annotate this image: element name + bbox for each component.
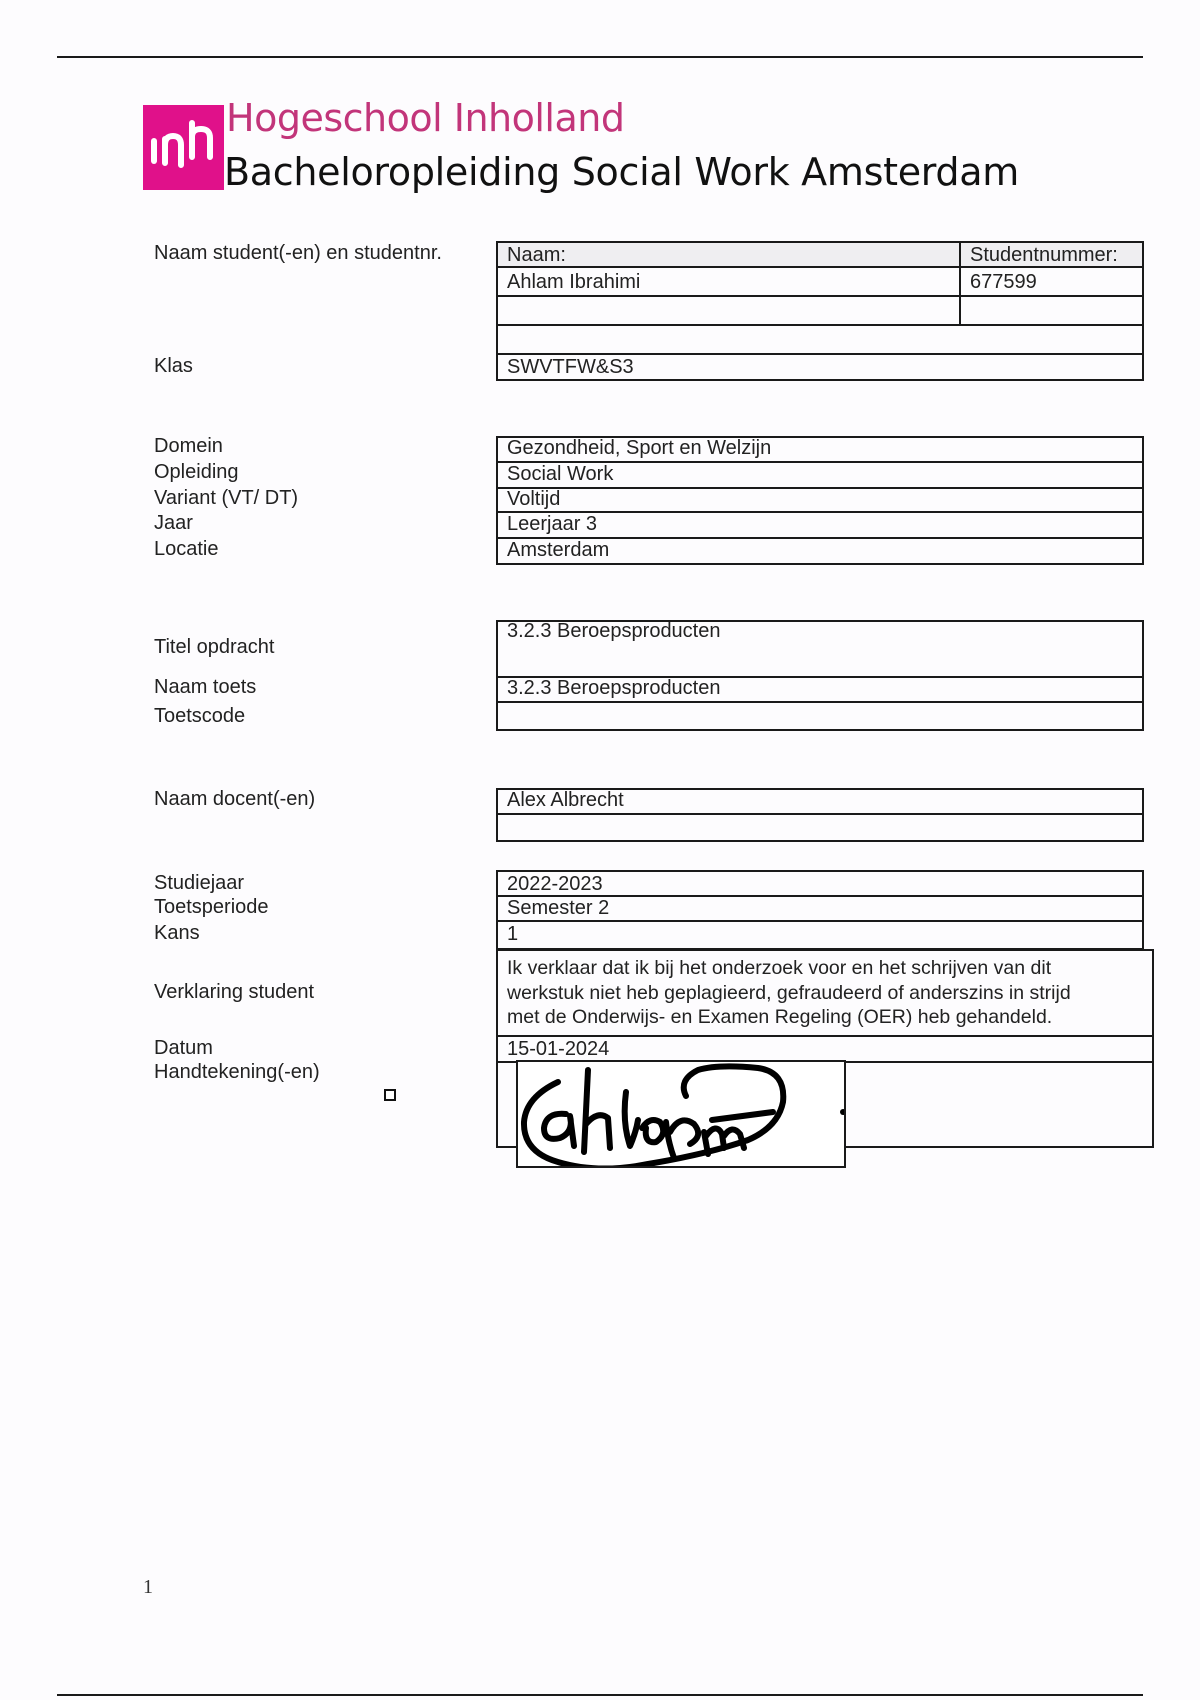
students-label: Naam student(-en) en studentnr.: [154, 242, 442, 265]
naam-toets-value[interactable]: 3.2.3 Beroepsproducten: [497, 676, 721, 700]
studiejaar-value[interactable]: 2022-2023: [497, 872, 603, 896]
docent-label: Naam docent(-en): [154, 788, 315, 811]
verklaring-label: Verklaring student: [154, 981, 314, 1004]
kans-label: Kans: [154, 922, 200, 945]
klas-label: Klas: [154, 355, 193, 378]
naam-toets-label: Naam toets: [154, 676, 256, 699]
toetsperiode-value[interactable]: Semester 2: [497, 896, 609, 920]
col-header-name: Naam:: [497, 243, 566, 267]
studiejaar-label: Studiejaar: [154, 872, 244, 895]
top-rule: [57, 56, 1143, 58]
kans-value[interactable]: 1: [497, 922, 518, 946]
bottom-rule: [57, 1694, 1143, 1696]
jaar-label: Jaar: [154, 512, 193, 535]
jaar-value[interactable]: Leerjaar 3: [497, 512, 597, 536]
klas-value[interactable]: SWVTFW&S3: [497, 355, 634, 379]
titel-opdracht-value[interactable]: 3.2.3 Beroepsproducten: [497, 619, 721, 643]
signature-image: [516, 1060, 846, 1168]
student-number-1[interactable]: 677599: [960, 270, 1037, 294]
docent-value-1[interactable]: Alex Albrecht: [497, 788, 624, 812]
student-number-2[interactable]: [960, 299, 1140, 323]
toetsperiode-label: Toetsperiode: [154, 896, 269, 919]
inh-logo-icon: [143, 105, 224, 190]
anchor-marker-icon: [384, 1089, 396, 1101]
handwritten-signature-icon: [518, 1062, 846, 1168]
inholland-logo: [143, 105, 224, 190]
variant-value[interactable]: Voltijd: [497, 487, 560, 511]
toetscode-label: Toetscode: [154, 705, 245, 728]
student-number-3[interactable]: [960, 327, 1140, 351]
toetscode-value[interactable]: [497, 704, 1137, 728]
domein-label: Domein: [154, 435, 223, 458]
declaration-text: Ik verklaar dat ik bij het onderzoek voo…: [497, 956, 1081, 1030]
domein-value[interactable]: Gezondheid, Sport en Welzijn: [497, 436, 771, 460]
student-name-2[interactable]: [497, 299, 957, 323]
program-title: Bacheloropleiding Social Work Amsterdam: [224, 150, 1019, 194]
titel-opdracht-label: Titel opdracht: [154, 636, 274, 659]
student-name-3[interactable]: [497, 327, 957, 351]
opleiding-label: Opleiding: [154, 461, 239, 484]
datum-value[interactable]: 15-01-2024: [497, 1037, 609, 1061]
student-name-1[interactable]: Ahlam Ibrahimi: [497, 270, 640, 294]
locatie-label: Locatie: [154, 538, 219, 561]
school-name: Hogeschool Inholland: [226, 96, 624, 140]
handtekening-label: Handtekening(-en): [154, 1061, 320, 1084]
opleiding-value[interactable]: Social Work: [497, 462, 613, 486]
locatie-value[interactable]: Amsterdam: [497, 538, 609, 562]
page-number: 1: [143, 1576, 153, 1599]
variant-label: Variant (VT/ DT): [154, 487, 298, 510]
docent-value-2[interactable]: [497, 815, 1137, 839]
datum-label: Datum: [154, 1037, 213, 1060]
col-header-number: Studentnummer:: [960, 243, 1118, 267]
